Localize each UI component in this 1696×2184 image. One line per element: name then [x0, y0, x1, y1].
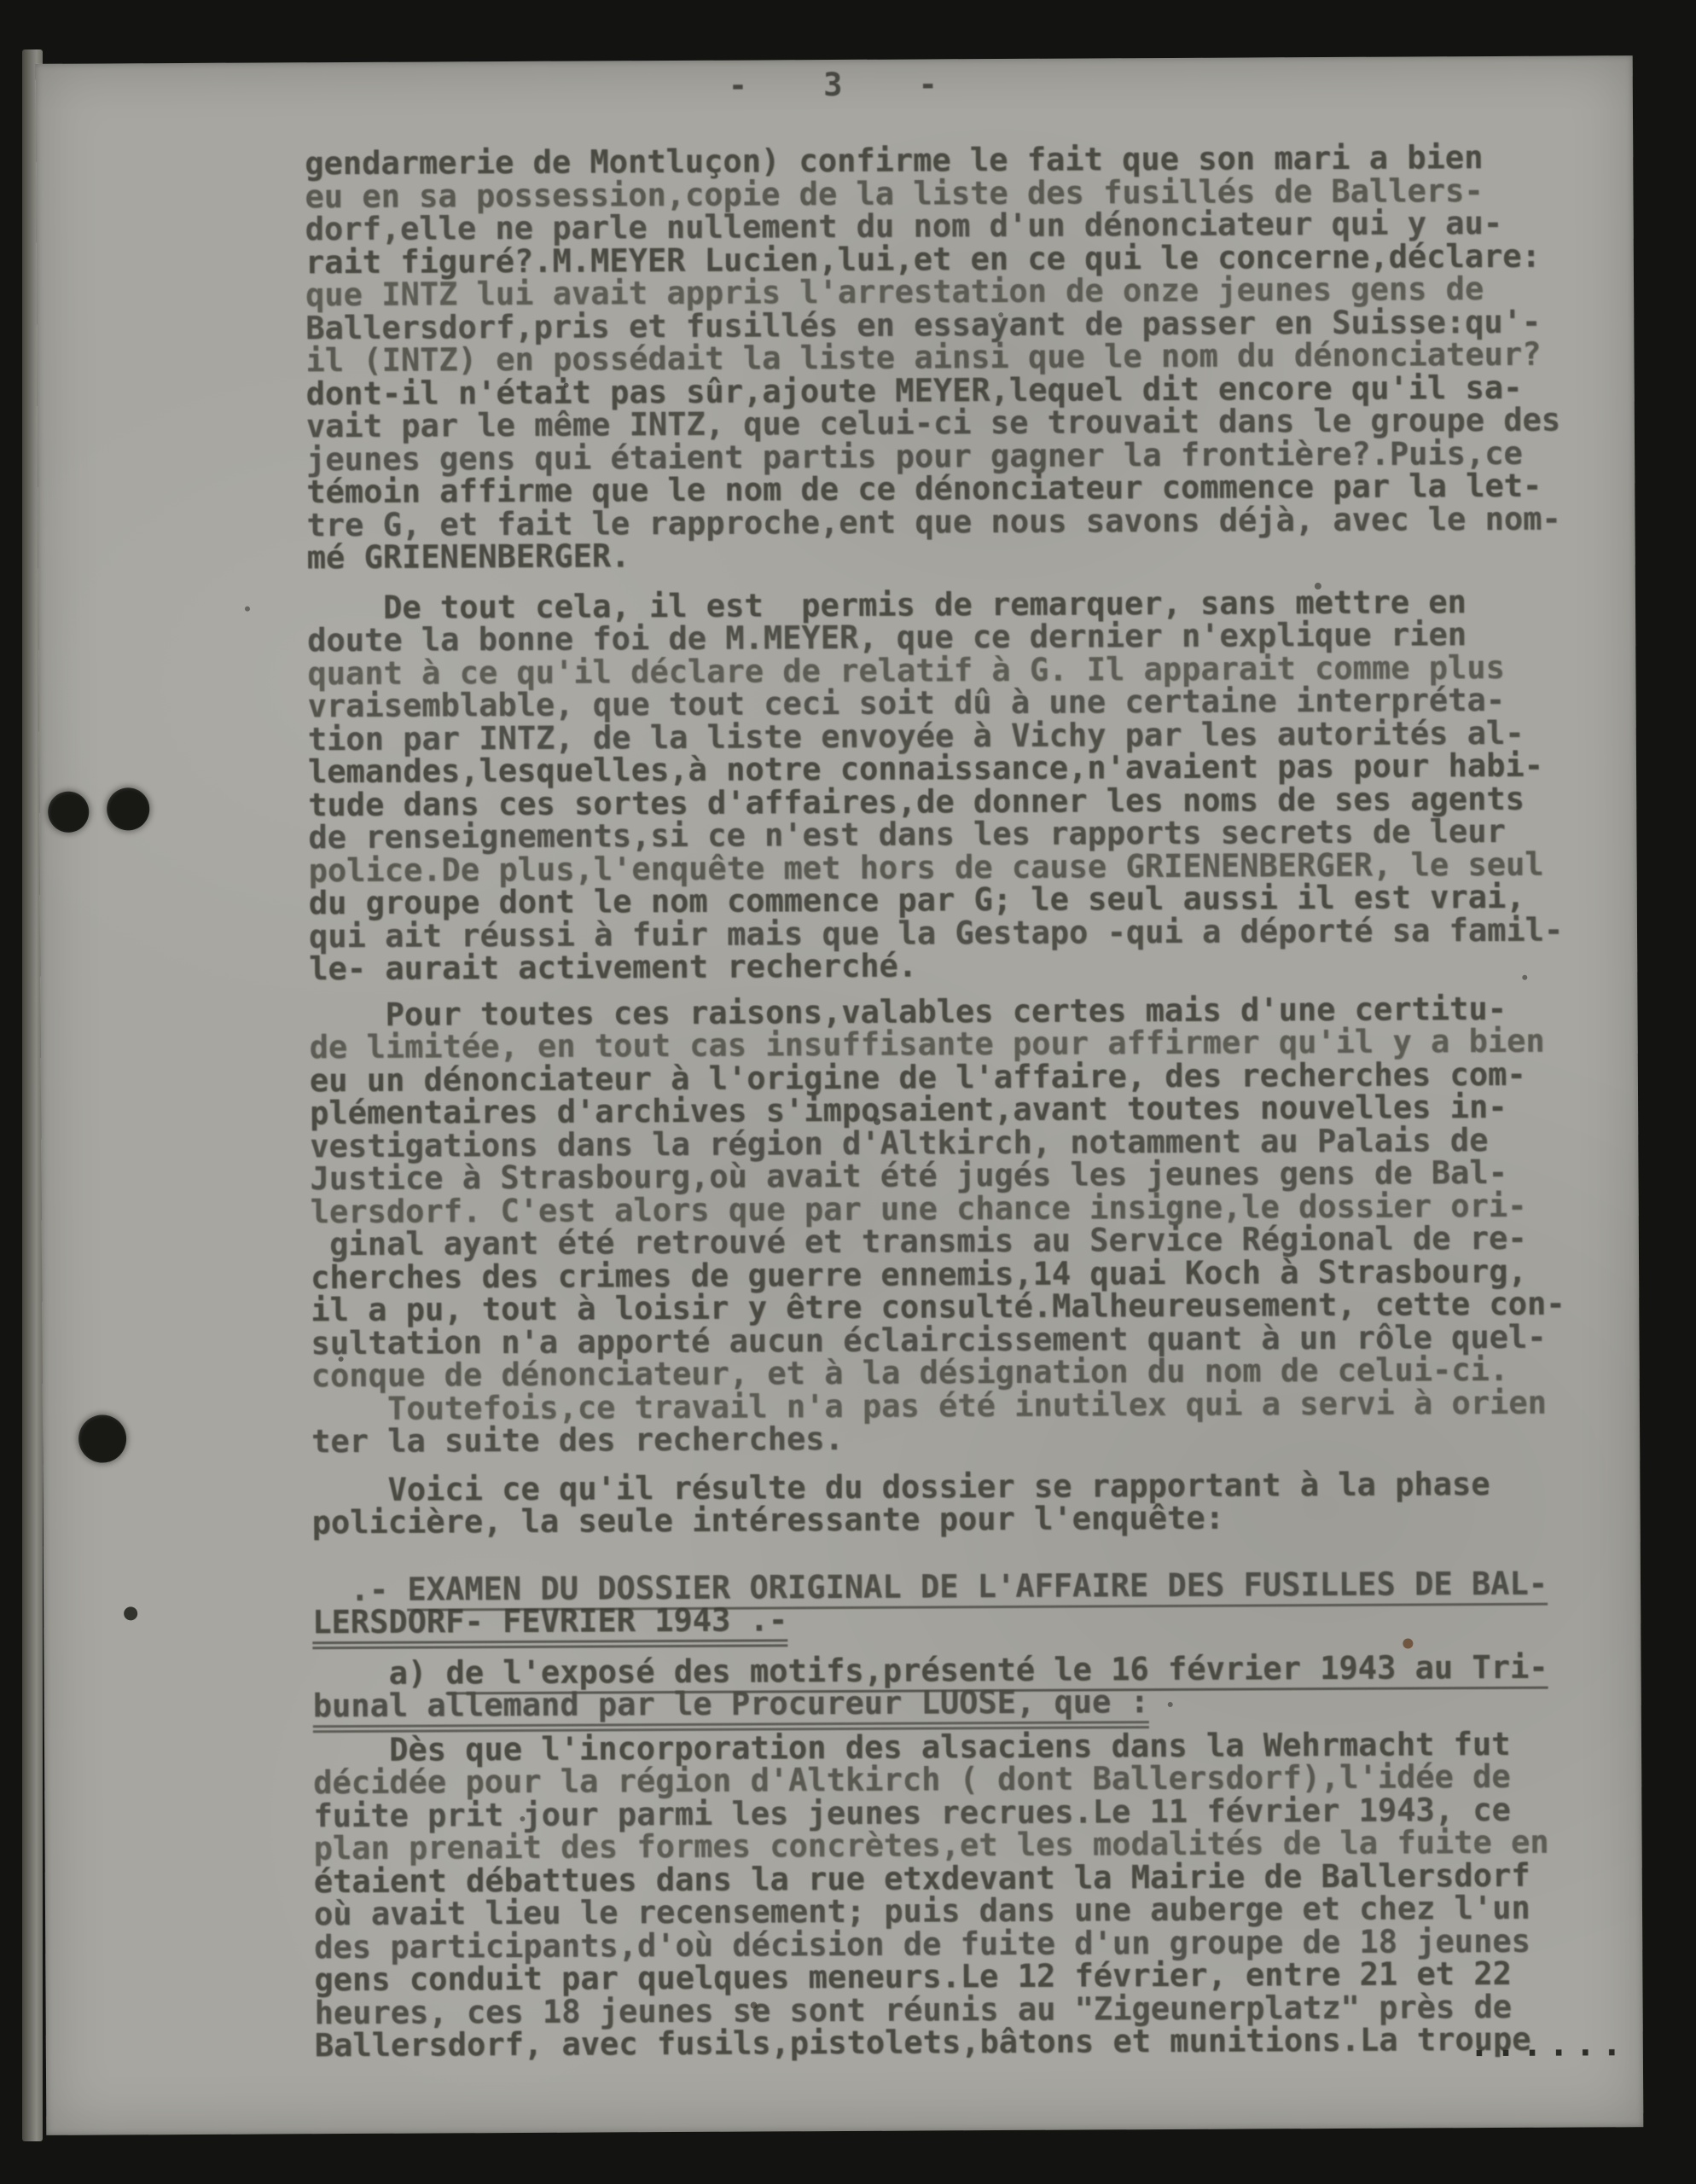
typewritten-line: plan prenait des formes concrètes,et les… [314, 1827, 1568, 1866]
typewritten-line: tion par INTZ, de la liste envoyée à Vic… [308, 717, 1562, 756]
typewritten-line: policière, la seule intéressante pour l'… [312, 1501, 1566, 1540]
paper-speck [998, 312, 1003, 317]
paper-speck [1522, 975, 1527, 980]
typewritten-text: gendarmerie de Montluçon) confirme le fa… [305, 142, 1569, 2063]
typewritten-line: police.De plus,l'enquête met hors de cau… [309, 848, 1563, 887]
underlined-heading-text: bunal allemand par le Procureur LUOSE, q… [313, 1683, 1149, 1733]
paper-speck [751, 2002, 758, 2009]
scanned-document-photo: { "page": { "number_display": "- 3 -" },… [0, 0, 1696, 2184]
paper-speck [339, 1356, 344, 1362]
paper-speck [1403, 1638, 1413, 1648]
typewritten-line: dorf,elle ne parle nullement du nom d'un… [305, 207, 1560, 247]
typewritten-line: ter la suite des recherches. [311, 1420, 1565, 1459]
typewritten-line: qui ait réussi à fuir mais que la Gestap… [309, 914, 1563, 953]
typewritten-line: bunal allemand par le Procureur LUOSE, q… [313, 1684, 1567, 1723]
typewritten-line: heures, ces 18 jeunes se sont réunis au … [315, 1990, 1569, 2030]
typewritten-line: .- EXAMEN DU DOSSIER ORIGINAL DE L'AFFAI… [312, 1567, 1566, 1606]
page-number: - 3 - [729, 66, 938, 103]
paper-speck [124, 1606, 137, 1620]
ellipsis-dots: ...... [1469, 2024, 1629, 2065]
paper-speck [520, 1816, 525, 1821]
paper-speck [564, 383, 569, 388]
typewritten-line: ginal ayant été retrouvé et transmis au … [311, 1223, 1565, 1262]
typewritten-line: de limitée, en tout cas insuffisante pou… [310, 1025, 1564, 1065]
typewritten-line: jeunes gens qui étaient partis pour gagn… [306, 437, 1560, 476]
underlined-heading-text: EXAMEN DU DOSSIER ORIGINAL DE L'AFFAIRE … [407, 1565, 1548, 1611]
typewritten-line: il (INTZ) en possédait la liste ainsi qu… [305, 339, 1560, 378]
paper-speck [245, 607, 250, 612]
hole-punch [48, 792, 89, 833]
paper-speck [1168, 1702, 1173, 1707]
hole-punch [107, 787, 149, 830]
hole-punch [78, 1414, 126, 1462]
typewritten-line: des participants,d'où décision de fuite … [314, 1925, 1568, 1964]
paper-speck [1315, 583, 1321, 590]
typewritten-line: tre G, et fait le rapproche,ent que nous… [306, 502, 1560, 542]
document-page: - 3 - gendarmerie de Montluçon) confirme… [36, 55, 1644, 2135]
paper-speck [874, 1118, 880, 1125]
